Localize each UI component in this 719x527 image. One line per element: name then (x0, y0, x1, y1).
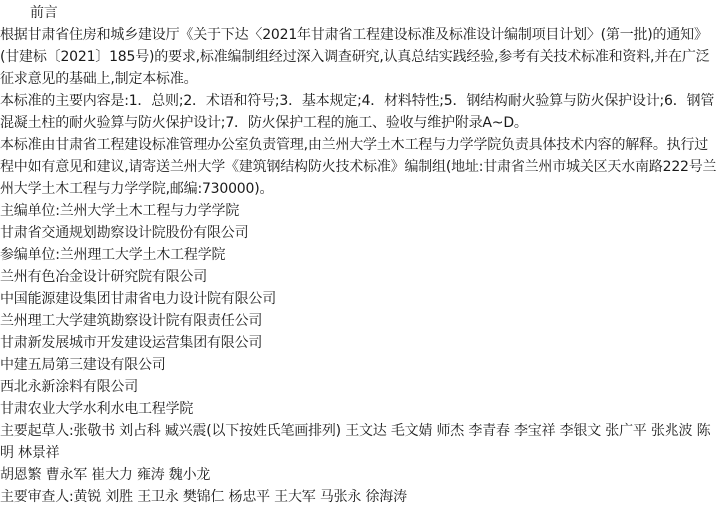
chief-editor-unit-2: 甘肃省交通规划勘察设计院股份有限公司 (0, 222, 719, 244)
participating-unit-8: 甘肃农业大学水利水电工程学院 (0, 398, 719, 420)
participating-unit-3: 中国能源建设集团甘肃省电力设计院有限公司 (0, 288, 719, 310)
participating-unit-5: 甘肃新发展城市开发建设运营集团有限公司 (0, 332, 719, 354)
document-title: 前言 (0, 2, 719, 24)
paragraph-contents: 本标准的主要内容是:1．总则;2．术语和符号;3．基本规定;4．材料特性;5．钢… (0, 90, 719, 134)
paragraph-management: 本标准由甘肃省工程建设标准管理办公室负责管理,由兰州大学土木工程与力学学院负责具… (0, 134, 719, 200)
main-drafters-cont: 胡恩繁 曹永军 崔大力 雍涛 魏小龙 (0, 464, 719, 486)
participating-unit-2: 兰州有色冶金设计研究院有限公司 (0, 266, 719, 288)
participating-unit-6: 中建五局第三建设有限公司 (0, 354, 719, 376)
participating-unit: 参编单位:兰州理工大学土木工程学院 (0, 244, 719, 266)
paragraph-basis: 根据甘肃省住房和城乡建设厅《关于下达〈2021年甘肃省工程建设标准及标准设计编制… (0, 24, 719, 90)
main-drafters: 主要起草人:张敬书 刘占科 臧兴震(以下按姓氏笔画排列) 王文达 毛文婧 师杰 … (0, 420, 719, 464)
main-reviewers: 主要审查人:黄锐 刘胜 王卫永 樊锦仁 杨忠平 王大军 马张永 徐海涛 (0, 486, 719, 508)
participating-unit-4: 兰州理工大学建筑勘察设计院有限责任公司 (0, 310, 719, 332)
document-body: 前言 根据甘肃省住房和城乡建设厅《关于下达〈2021年甘肃省工程建设标准及标准设… (0, 0, 719, 508)
participating-unit-7: 西北永新涂料有限公司 (0, 376, 719, 398)
chief-editor-unit: 主编单位:兰州大学土木工程与力学学院 (0, 200, 719, 222)
